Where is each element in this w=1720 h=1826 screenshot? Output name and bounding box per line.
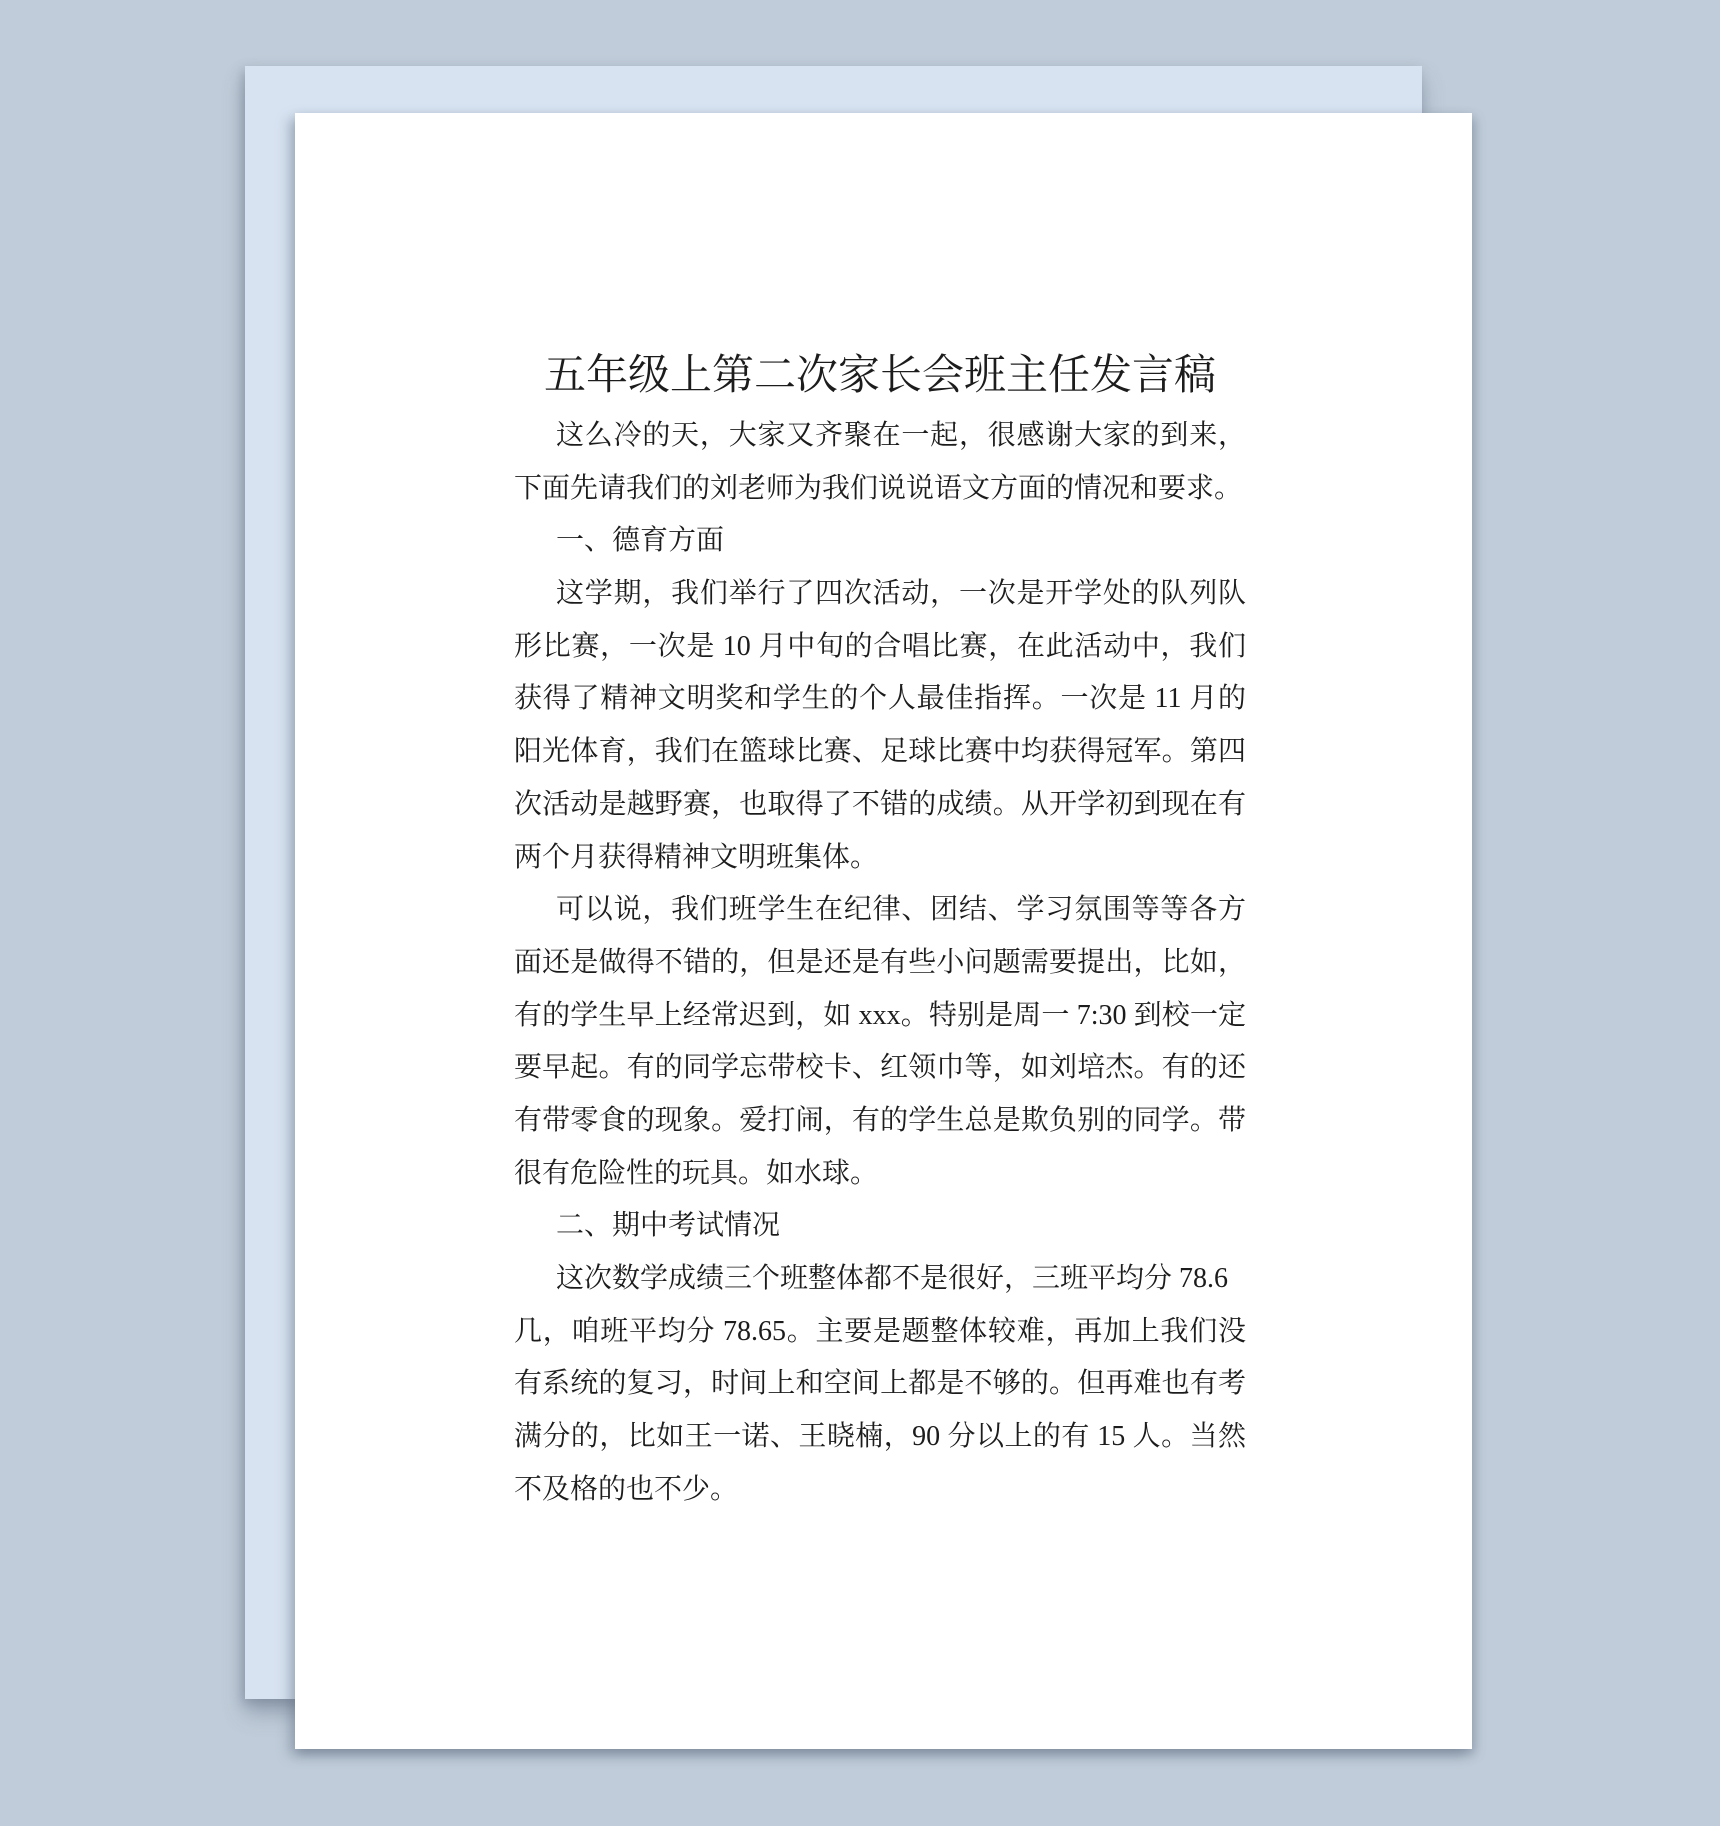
text-line: 可以说，我们班学生在纪律、团结、学习氛围等等各方 [514, 884, 1246, 937]
text-line: 这学期，我们举行了四次活动，一次是开学处的队列队 [514, 568, 1246, 621]
text-line: 次活动是越野赛，也取得了不错的成绩。从开学初到现在有 [514, 779, 1246, 832]
text-line: 这次数学成绩三个班整体都不是很好，三班平均分 78.6 [514, 1253, 1246, 1306]
text-line: 阳光体育，我们在篮球比赛、足球比赛中均获得冠军。第四 [514, 726, 1246, 779]
document-page: 五年级上第二次家长会班主任发言稿 这么冷的天，大家又齐聚在一起，很感谢大家的到来… [295, 113, 1472, 1749]
text-line: 有带零食的现象。爱打闹，有的学生总是欺负别的同学。带 [514, 1095, 1246, 1148]
text-line: 获得了精神文明奖和学生的个人最佳指挥。一次是 11 月的 [514, 673, 1246, 726]
text-line: 几，咱班平均分 78.65。主要是题整体较难，再加上我们没 [514, 1306, 1246, 1359]
text-line: 有系统的复习，时间上和空间上都是不够的。但再难也有考 [514, 1358, 1246, 1411]
section-heading: 二、期中考试情况 [514, 1200, 1246, 1253]
text-line: 下面先请我们的刘老师为我们说说语文方面的情况和要求。 [514, 463, 1246, 516]
desktop-background: 五年级上第二次家长会班主任发言稿 这么冷的天，大家又齐聚在一起，很感谢大家的到来… [0, 0, 1720, 1826]
text-line: 面还是做得不错的，但是还是有些小问题需要提出，比如， [514, 937, 1246, 990]
text-line: 要早起。有的同学忘带校卡、红领巾等，如刘培杰。有的还 [514, 1042, 1246, 1095]
document-body: 这么冷的天，大家又齐聚在一起，很感谢大家的到来，下面先请我们的刘老师为我们说说语… [514, 410, 1246, 1516]
text-line: 有的学生早上经常迟到，如 xxx。特别是周一 7:30 到校一定 [514, 990, 1246, 1043]
text-line: 很有危险性的玩具。如水球。 [514, 1148, 1246, 1201]
text-line: 形比赛，一次是 10 月中旬的合唱比赛，在此活动中，我们 [514, 621, 1246, 674]
document-title: 五年级上第二次家长会班主任发言稿 [514, 347, 1246, 405]
text-line: 两个月获得精神文明班集体。 [514, 832, 1246, 885]
text-line: 满分的，比如王一诺、王晓楠，90 分以上的有 15 人。当然 [514, 1411, 1246, 1464]
text-line: 这么冷的天，大家又齐聚在一起，很感谢大家的到来， [514, 410, 1246, 463]
text-line: 不及格的也不少。 [514, 1464, 1246, 1517]
section-heading: 一、德育方面 [514, 515, 1246, 568]
